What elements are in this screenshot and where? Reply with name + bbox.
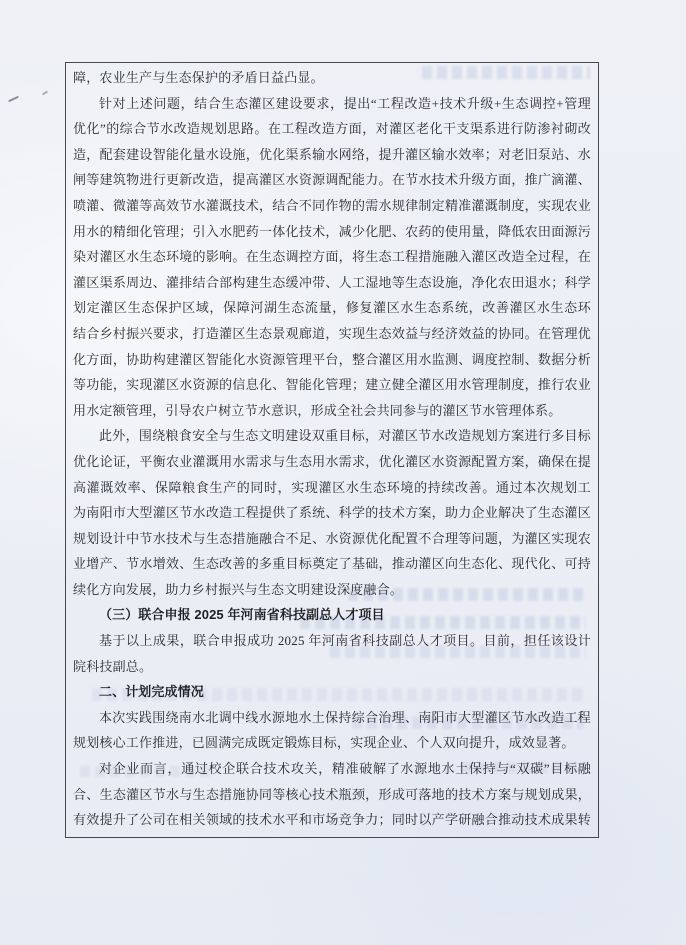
text-line: 结合乡村振兴要求，打造灌区生态景观廊道，实现生态效益与经济效益的协同。在管理优: [73, 321, 591, 347]
text-line: 针对上述问题，结合生态灌区建设要求，提出“工程改造+技术升级+生态调控+管理: [73, 91, 591, 117]
text-line: 用水定额管理，引导农户树立节水意识，形成全社会共同参与的灌区节水管理体系。: [73, 398, 591, 424]
text-line: 此外，围绕粮食安全与生态文明建设双重目标，对灌区节水改造规划方案进行多目标: [73, 423, 591, 449]
text-line: 划定灌区生态保护区域，保障河湖生态流量，修复灌区水生态系统，改善灌区水生态环境；: [73, 295, 591, 321]
text-line: 高灌溉效率、保障粮食生产的同时，实现灌区水生态环境的持续改善。通过本次规划工作，: [73, 475, 591, 501]
text-line: 院科技副总。: [73, 654, 591, 680]
text-line: 灌区渠系周边、灌排结合部构建生态缓冲带、人工湿地等生态设施，净化农田退水；科学: [73, 270, 591, 296]
text-line: 规划核心工作推进，已圆满完成既定锻炼目标，实现企业、个人双向提升，成效显著。: [73, 730, 591, 756]
text-line: 有效提升了公司在相关领域的技术水平和市场竞争力；同时以产学研融合推动技术成果转: [73, 807, 591, 833]
section-heading-line: 二、计划完成情况: [73, 679, 591, 705]
text-line: 优化论证，平衡农业灌溉用水需求与生态用水需求，优化灌区水资源配置方案，确保在提: [73, 449, 591, 475]
text-line: 本次实践围绕南水北调中线水源地水土保持综合治理、南阳市大型灌区节水改造工程: [73, 705, 591, 731]
section-heading-line: （三）联合申报 2025 年河南省科技副总人才项目: [73, 602, 591, 628]
pen-mark: [8, 96, 19, 102]
text-line: 闸等建筑物进行更新改造，提高灌区水资源调配能力。在节水技术升级方面，推广滴灌、: [73, 167, 591, 193]
text-line: 用水的精细化管理；引入水肥药一体化技术，减少化肥、农药的使用量，降低农田面源污: [73, 219, 591, 245]
text-line: 对企业而言，通过校企联合技术攻关，精准破解了水源地水土保持与“双碳”目标融: [73, 756, 591, 782]
text-line: 障，农业生产与生态保护的矛盾日益凸显。: [73, 65, 591, 91]
text-line: 规划设计中节水技术与生态措施融合不足、水资源优化配置不合理等问题，为灌区实现农: [73, 526, 591, 552]
text-line: 等功能，实现灌区水资源的信息化、智能化管理；建立健全灌区用水管理制度，推行农业: [73, 372, 591, 398]
text-line: 续化方向发展，助力乡村振兴与生态文明建设深度融合。: [73, 577, 591, 603]
pen-mark: [42, 91, 48, 96]
text-line: 业增产、节水增效、生态改善的多重目标奠定了基础，推动灌区向生态化、现代化、可持: [73, 551, 591, 577]
text-line: 优化”的综合节水改造规划思路。在工程改造方面，对灌区老化干支渠系进行防渗衬砌改: [73, 116, 591, 142]
text-line: 化方面，协助构建灌区智能化水资源管理平台，整合灌区用水监测、调度控制、数据分析: [73, 347, 591, 373]
text-line: 喷灌、微灌等高效节水灌溉技术，结合不同作物的需水规律制定精准灌溉制度，实现农业: [73, 193, 591, 219]
text-line: 造，配套建设智能化量水设施，优化渠系输水网络，提升灌区输水效率；对老旧泵站、水: [73, 142, 591, 168]
text-line: 为南阳市大型灌区节水改造工程提供了系统、科学的技术方案，助力企业解决了生态灌区: [73, 500, 591, 526]
text-line: 合、生态灌区节水与生态措施协同等核心技术瓶颈，形成可落地的技术方案与规划成果，: [73, 782, 591, 808]
document-border-box: 障，农业生产与生态保护的矛盾日益凸显。针对上述问题，结合生态灌区建设要求，提出“…: [65, 62, 599, 838]
text-line: 基于以上成果，联合申报成功 2025 年河南省科技副总人才项目。目前，担任该设计: [73, 628, 591, 654]
text-line: 染对灌区水生态环境的影响。在生态调控方面，将生态工程措施融入灌区改造全过程，在: [73, 244, 591, 270]
scanned-page: 障，农业生产与生态保护的矛盾日益凸显。针对上述问题，结合生态灌区建设要求，提出“…: [0, 0, 686, 945]
